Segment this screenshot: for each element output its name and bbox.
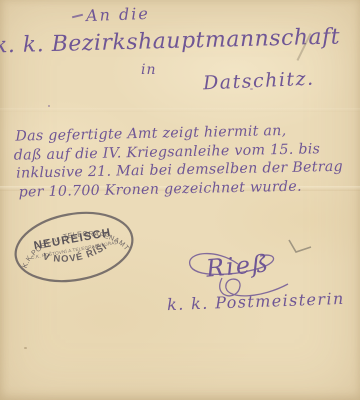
address-line-place: Datschitz.: [203, 68, 315, 95]
paper-speck: [24, 347, 27, 349]
signature-name: Rieß: [205, 249, 271, 282]
ink-speck: [48, 105, 50, 107]
fold-crease-upper: [0, 108, 360, 112]
pen-dash-mark: [72, 14, 83, 19]
signature-title: k. k. Postmeisterin: [167, 289, 345, 314]
letter-body: Das gefertigte Amt zeigt hiermit an, daß…: [15, 120, 360, 202]
address-line-in: in: [141, 62, 157, 78]
oval-post-office-stamp: K.K.POST- u. TELEGRAFENAMT NEUREISCH C.K…: [7, 202, 141, 292]
address-line-recipient: k. k. Bezirkshauptmannschaft: [0, 24, 340, 58]
handwritten-letter-page: An die k. k. Bezirkshauptmannschaft in D…: [0, 0, 360, 400]
address-line-salutation: An die: [86, 4, 150, 25]
pencil-check-mark: [287, 238, 313, 256]
ink-speck: [250, 88, 253, 90]
